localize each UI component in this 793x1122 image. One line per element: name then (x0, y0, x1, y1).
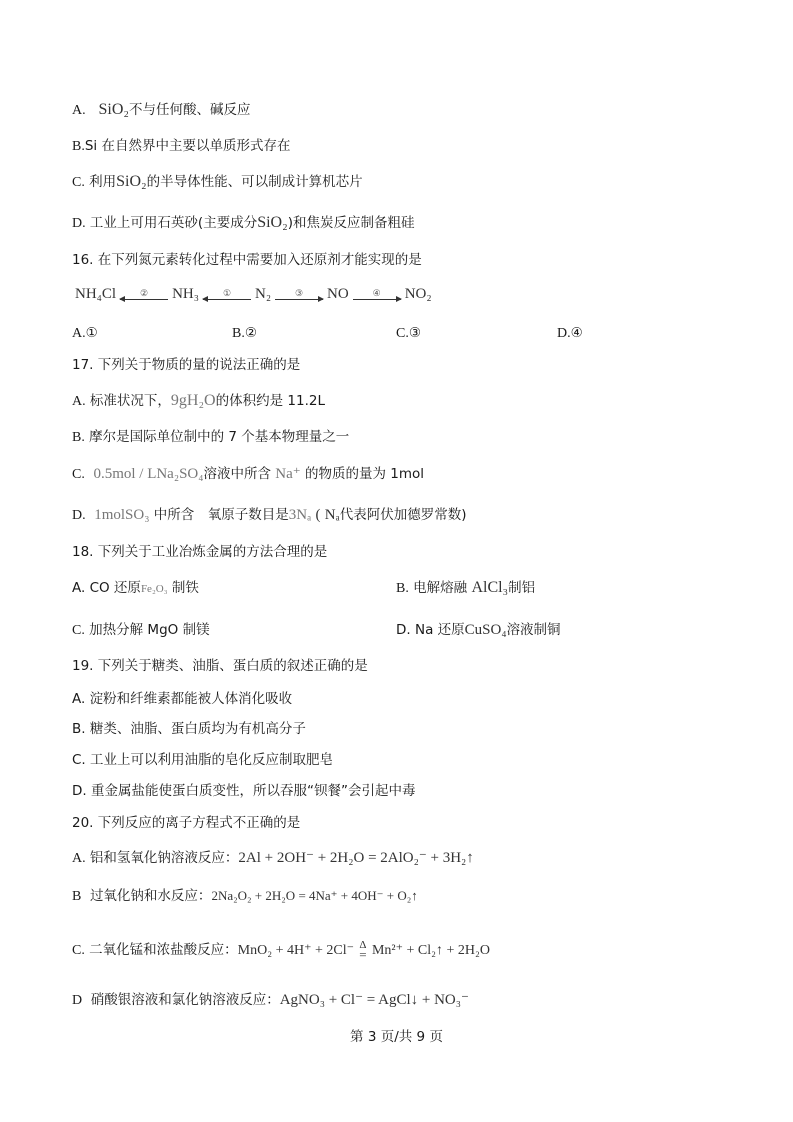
q17-option-b: B. 摩尔是国际单位制中的 7 个基本物理量之一 (72, 427, 349, 448)
arrow-left-icon: ① (202, 289, 252, 300)
q18-option-d: D. Na 还原CuSO₄溶液制铜 (396, 620, 561, 640)
equation: MnO₂ + 4H⁺ + 2Cl⁻ (238, 943, 354, 958)
q17-option-a: A. 标准状况下，9gH₂O的体积约是 11.2L (72, 391, 325, 412)
arrow-right-icon: ③ (274, 289, 324, 300)
q15-option-c: C. 利用SiO₂的半导体性能、可以制成计算机芯片 (72, 172, 363, 193)
page-number: 第 3 页/共 9 页 (0, 1025, 793, 1045)
q18-option-a: A. CO 还原Fe₂O₃ 制铁 (72, 578, 199, 599)
q16-option-c: C.③ (396, 323, 421, 344)
q17-option-c: C. 0.5mol / LNa₂SO₄溶液中所含 Na⁺ 的物质的量为 1mol (72, 464, 424, 485)
q16-option-a: A.① (72, 323, 98, 344)
q20-option-a: A. 铝和氢氧化钠溶液反应：2Al + 2OH⁻ + 2H₂O = 2AlO₂⁻… (72, 848, 474, 869)
q20-option-d: D 硝酸银溶液和氯化钠溶液反应：AgNO₃ + Cl⁻ = AgCl↓ + NO… (72, 990, 469, 1011)
q20-option-b: B 过氧化钠和水反应：2Na₂O₂ + 2H₂O = 4Na⁺ + 4OH⁻ +… (72, 886, 418, 907)
q19-option-c: C. 工业上可以利用油脂的皂化反应制取肥皂 (72, 750, 333, 770)
q16-option-d: D.④ (557, 323, 583, 344)
q18-stem: 18. 下列关于工业冶炼金属的方法合理的是 (72, 542, 327, 562)
q19-option-d: D. 重金属盐能使蛋白质变性，所以吞服“钡餐”会引起中毒 (72, 781, 415, 801)
q15-option-b: B.Si 在自然界中主要以单质形式存在 (72, 136, 290, 157)
q19-option-a: A. 淀粉和纤维素都能被人体消化吸收 (72, 689, 292, 709)
species: N₂ (255, 286, 271, 303)
equation: 2Al + 2OH⁻ + 2H₂O = 2AlO₂⁻ + 3H₂↑ (238, 850, 473, 866)
q16-stem: 16. 在下列氮元素转化过程中需要加入还原剂才能实现的是 (72, 250, 422, 270)
formula: SiO₂ (116, 173, 146, 190)
equation: AgNO₃ + Cl⁻ = AgCl↓ + NO₃⁻ (280, 992, 469, 1008)
q19-stem: 19. 下列关于糖类、油脂、蛋白质的叙述正确的是 (72, 656, 368, 676)
species: NH₄Cl (75, 286, 116, 303)
equation: 2Na₂O₂ + 2H₂O = 4Na⁺ + 4OH⁻ + O₂↑ (211, 888, 417, 903)
q17-option-d: D. 1molSO₃ 中所含 氧原子数目是3Nₐ ( Nₐ代表阿伏加德罗常数) (72, 505, 467, 526)
q18-option-b: B. 电解熔融 AlCl₃制铝 (396, 578, 535, 599)
q16-option-b: B.② (232, 323, 257, 344)
q20-stem: 20. 下列反应的离子方程式不正确的是 (72, 813, 300, 833)
arrow-right-icon: ④ (352, 289, 402, 300)
formula: SiO₂ (257, 214, 287, 231)
species: NH₃ (172, 286, 199, 303)
q18-option-c: C. 加热分解 MgO 制镁 (72, 620, 210, 641)
nitrogen-conversion-chain: NH₄Cl ② NH₃ ① N₂ ③ NO ④ NO₂ (75, 286, 432, 303)
q15-option-a: A. SiO₂不与任何酸、碱反应 (72, 100, 250, 121)
formula: SiO₂ (99, 101, 129, 118)
species: NO (327, 286, 349, 303)
species: NO₂ (405, 286, 432, 303)
q17-stem: 17. 下列关于物质的量的说法正确的是 (72, 355, 300, 375)
arrow-left-icon: ② (119, 289, 169, 300)
q20-option-c: C. 二氧化锰和浓盐酸反应：MnO₂ + 4H⁺ + 2Cl⁻ Δ= Mn²⁺ … (72, 940, 490, 961)
q15-option-d: D. 工业上可用石英砂(主要成分SiO₂)和焦炭反应制备粗硅 (72, 213, 414, 234)
q19-option-b: B. 糖类、油脂、蛋白质均为有机高分子 (72, 719, 306, 739)
heat-condition: Δ= (359, 940, 366, 960)
